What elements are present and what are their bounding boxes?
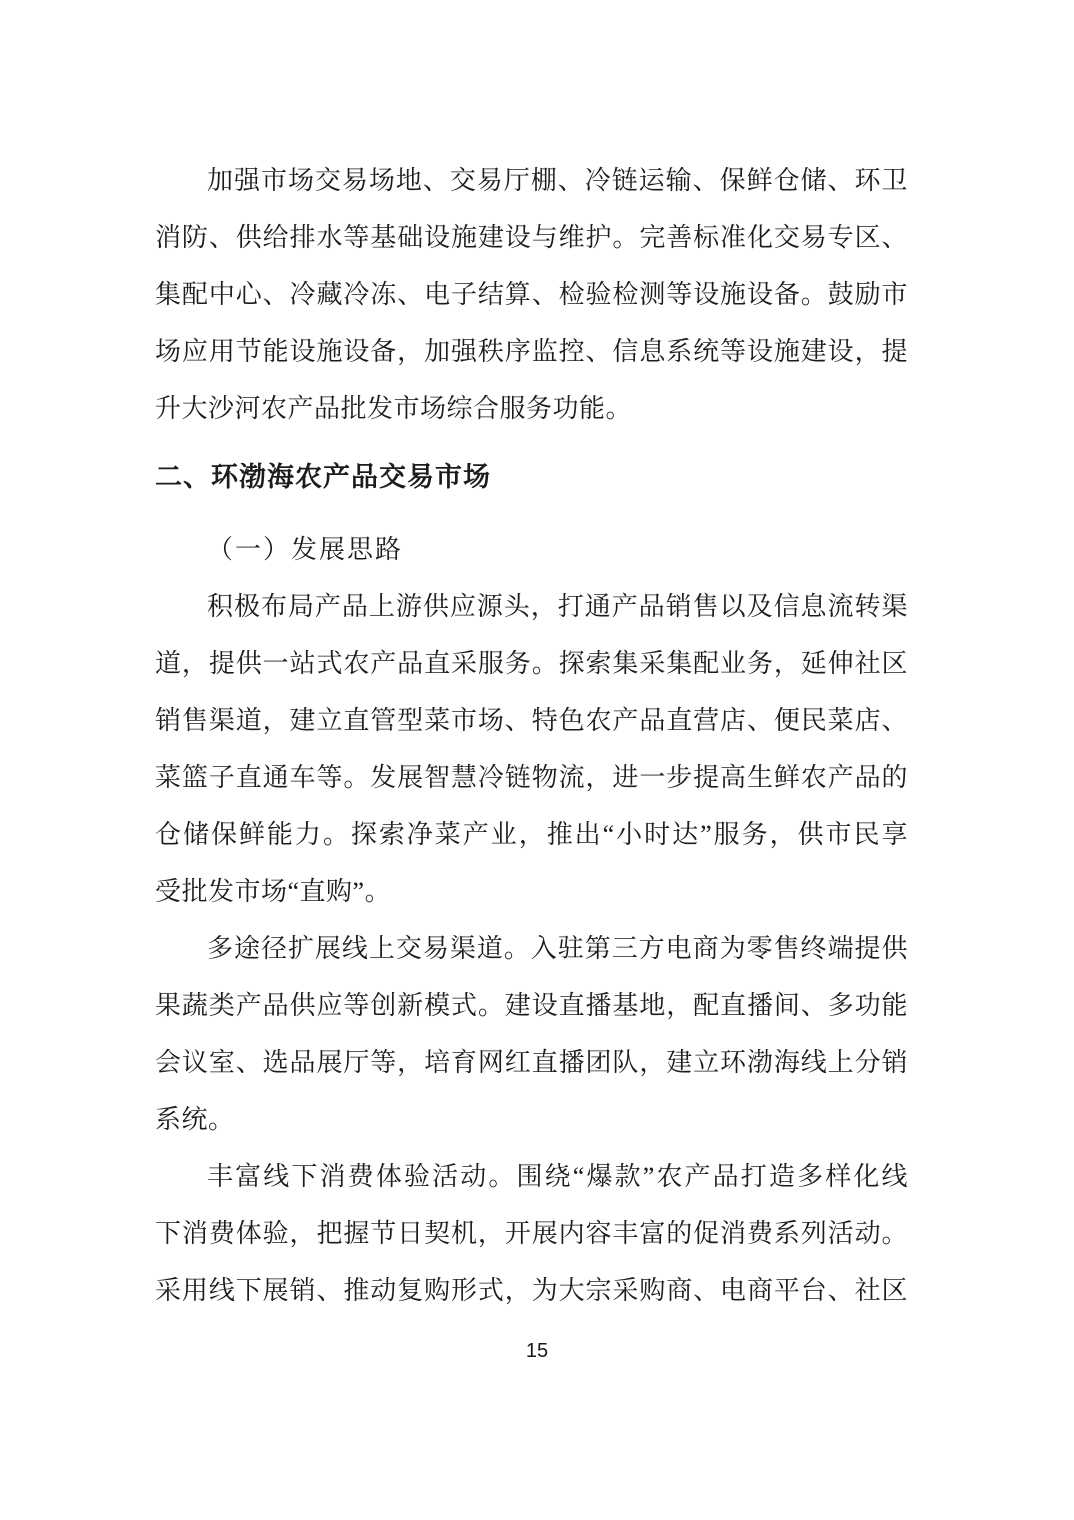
- text-line: 下消费体验，把握节日契机，开展内容丰富的促消费系列活动。: [155, 1205, 908, 1262]
- paragraph-offline-experience: 丰富线下消费体验活动。围绕“爆款”农产品打造多样化线 下消费体验，把握节日契机，…: [155, 1148, 908, 1319]
- text-line: 仓储保鲜能力。探索净菜产业，推出“小时达”服务，供市民享: [155, 806, 908, 863]
- text-line: 果蔬类产品供应等创新模式。建设直播基地，配直播间、多功能: [155, 977, 908, 1034]
- text-line: 系统。: [155, 1091, 908, 1148]
- section-heading: 二、环渤海农产品交易市场: [155, 449, 908, 506]
- page-number: 15: [0, 1340, 1074, 1363]
- paragraph-infrastructure: 加强市场交易场地、交易厅棚、冷链运输、保鲜仓储、环卫 消防、供给排水等基础设施建…: [155, 152, 908, 437]
- text-line: 场应用节能设施设备，加强秩序监控、信息系统等设施建设，提: [155, 323, 908, 380]
- text-line: 丰富线下消费体验活动。围绕“爆款”农产品打造多样化线: [155, 1148, 908, 1205]
- text-line: 消防、供给排水等基础设施建设与维护。完善标准化交易专区、: [155, 209, 908, 266]
- paragraph-online-trade: 多途径扩展线上交易渠道。入驻第三方电商为零售终端提供 果蔬类产品供应等创新模式。…: [155, 920, 908, 1148]
- text-line: 菜篮子直通车等。发展智慧冷链物流，进一步提高生鲜农产品的: [155, 749, 908, 806]
- text-line: 受批发市场“直购”。: [155, 863, 908, 920]
- paragraph-development-approach: 积极布局产品上游供应源头，打通产品销售以及信息流转渠 道，提供一站式农产品直采服…: [155, 578, 908, 920]
- text-line: 道，提供一站式农产品直采服务。探索集采集配业务，延伸社区: [155, 635, 908, 692]
- text-line: 会议室、选品展厅等，培育网红直播团队，建立环渤海线上分销: [155, 1034, 908, 1091]
- text-line: 采用线下展销、推动复购形式，为大宗采购商、电商平台、社区: [155, 1262, 908, 1319]
- text-line: 升大沙河农产品批发市场综合服务功能。: [155, 380, 908, 437]
- text-line: 积极布局产品上游供应源头，打通产品销售以及信息流转渠: [155, 578, 908, 635]
- text-line: 销售渠道，建立直管型菜市场、特色农产品直营店、便民菜店、: [155, 692, 908, 749]
- document-page: 加强市场交易场地、交易厅棚、冷链运输、保鲜仓储、环卫 消防、供给排水等基础设施建…: [0, 0, 1074, 1520]
- text-line: 多途径扩展线上交易渠道。入驻第三方电商为零售终端提供: [155, 920, 908, 977]
- page-body-text: 加强市场交易场地、交易厅棚、冷链运输、保鲜仓储、环卫 消防、供给排水等基础设施建…: [155, 152, 908, 1319]
- text-line: 加强市场交易场地、交易厅棚、冷链运输、保鲜仓储、环卫: [155, 152, 908, 209]
- subsection-heading: （一）发展思路: [155, 521, 908, 578]
- text-line: 集配中心、冷藏冷冻、电子结算、检验检测等设施设备。鼓励市: [155, 266, 908, 323]
